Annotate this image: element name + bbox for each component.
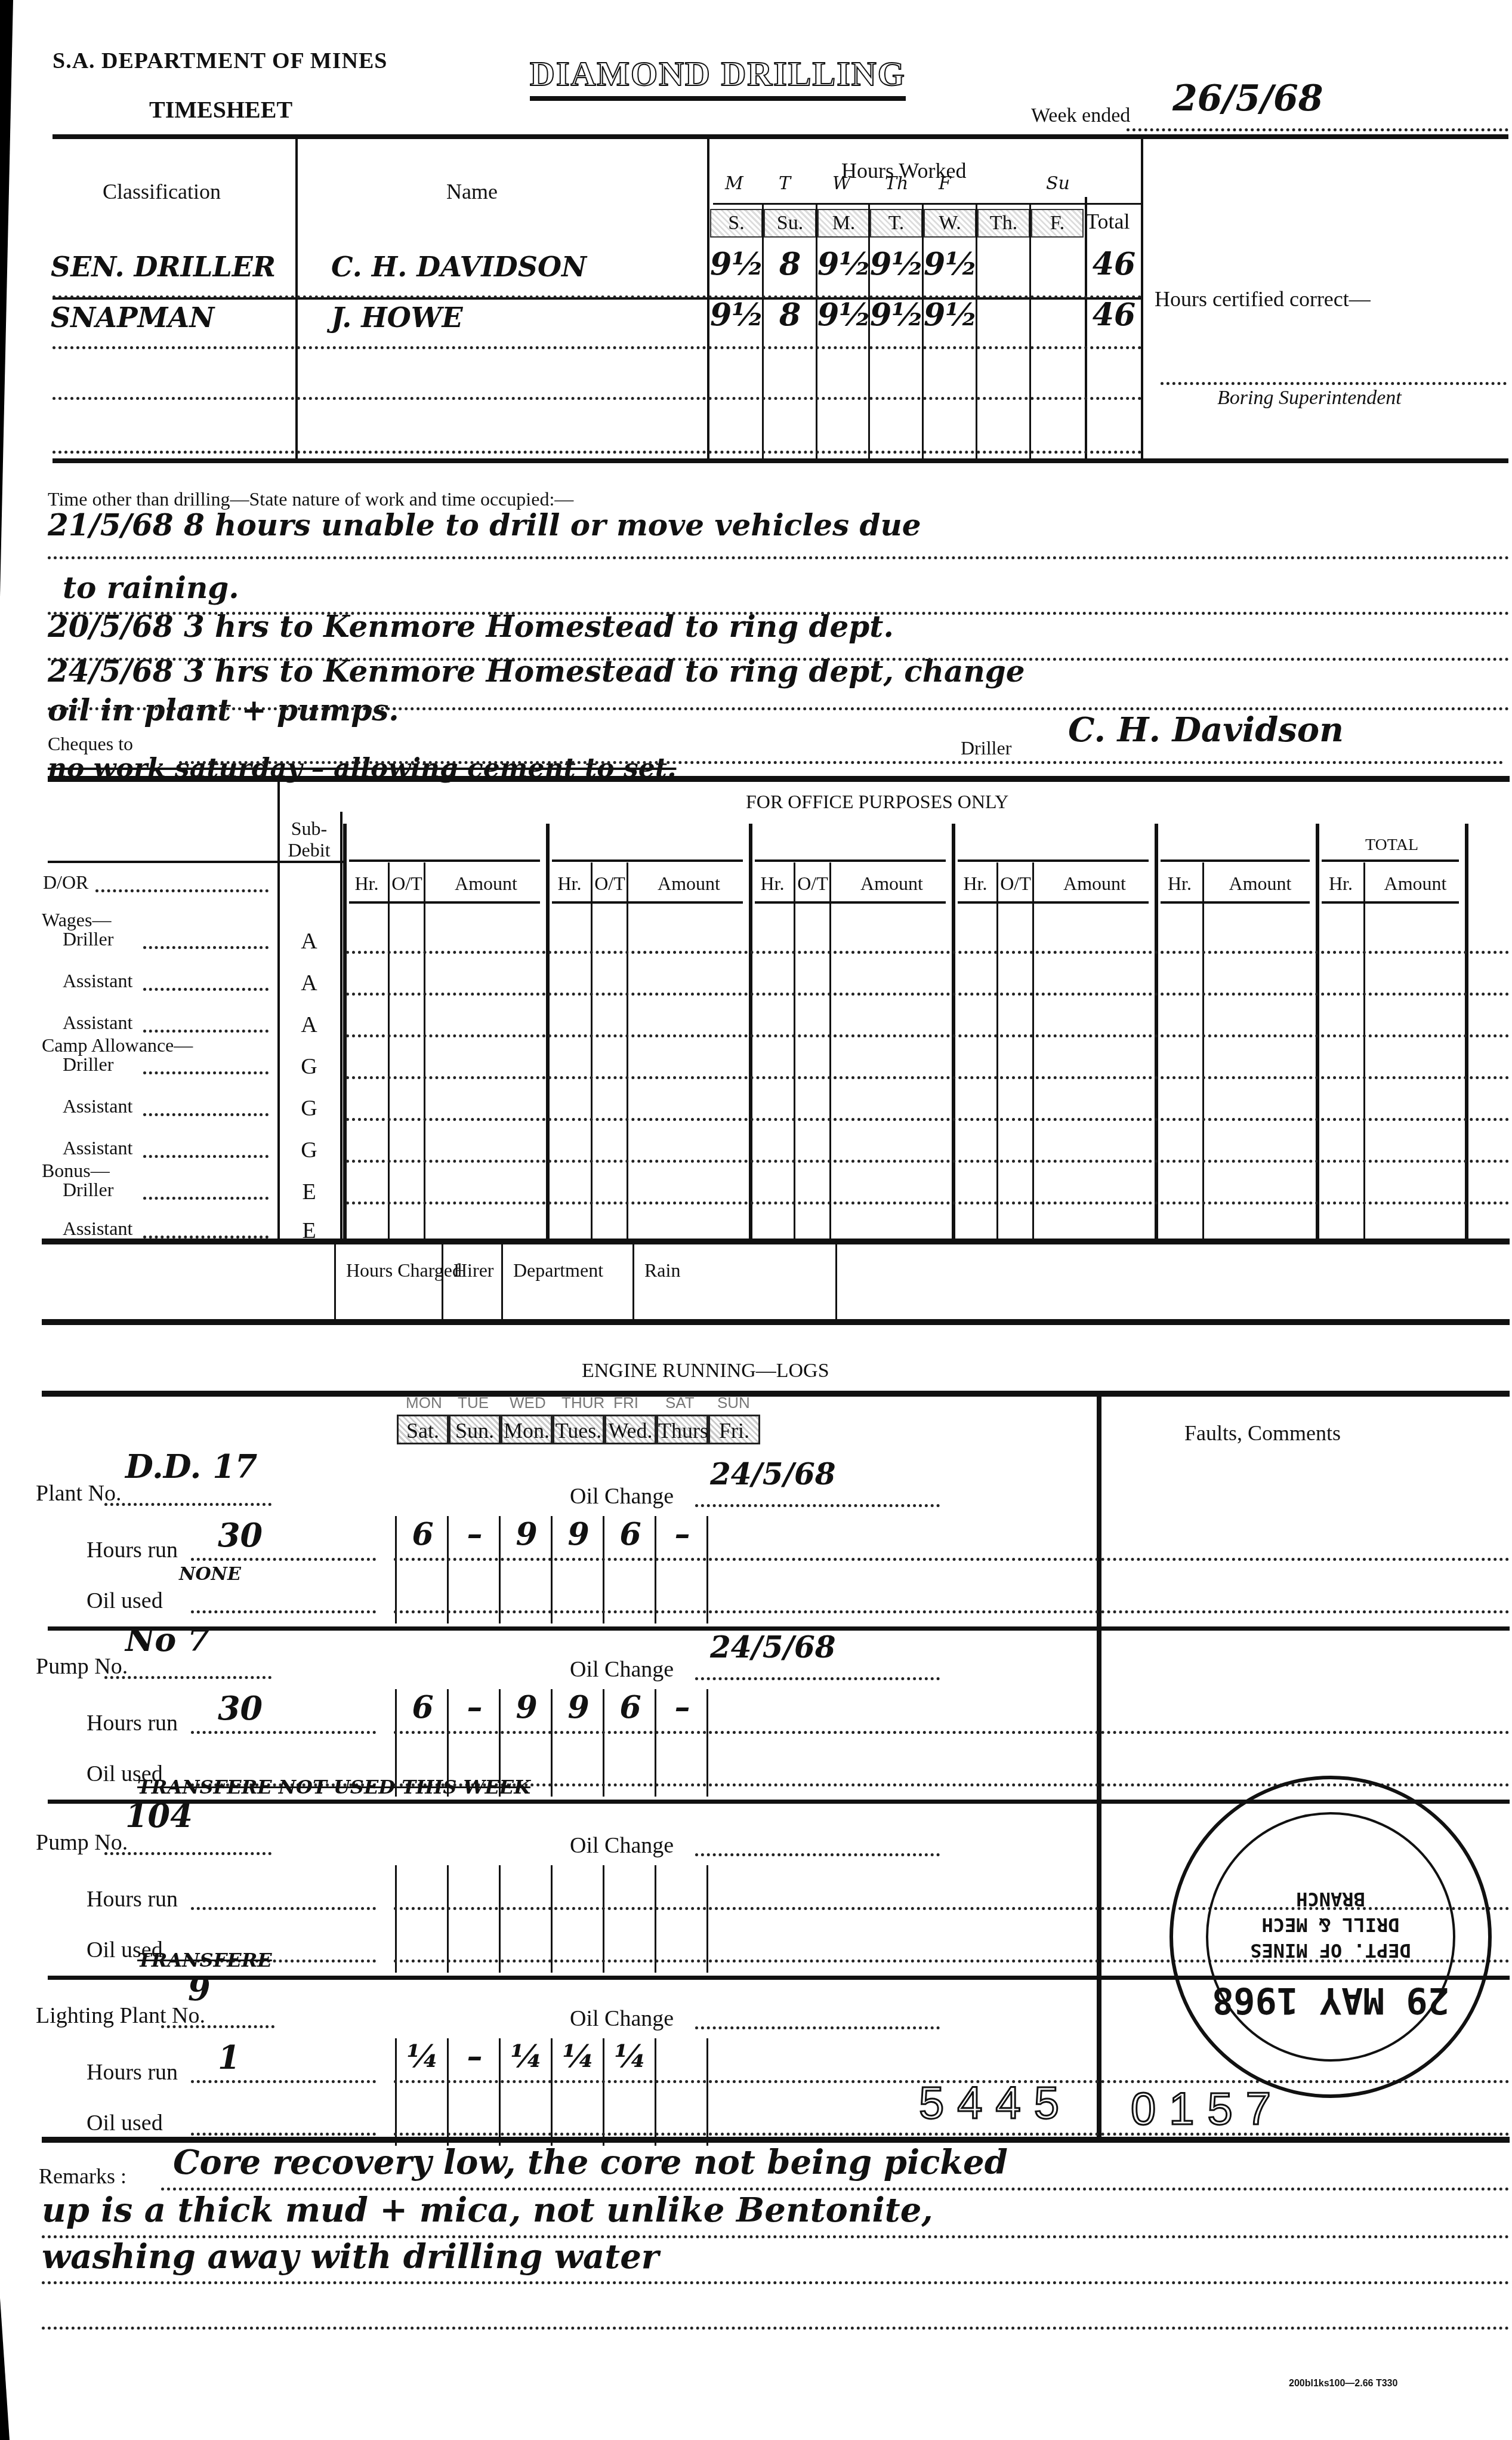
col-divider <box>591 862 593 1239</box>
leader-dots <box>143 1071 269 1074</box>
block-number: No 7 <box>125 1620 210 1659</box>
engine-hours-cell: – <box>449 1516 501 1552</box>
col-divider <box>706 1689 708 1797</box>
engine-hours-cell: 9 <box>553 1689 604 1726</box>
office-row-label: Assistant <box>63 970 132 992</box>
col-divider <box>334 1244 336 1319</box>
hours-cell: 9½ <box>710 246 763 282</box>
remarks-line: up is a thick mud + mica, not unlike Ben… <box>42 2191 933 2230</box>
leader-dots <box>191 1907 376 1910</box>
preprinted-day: MON <box>406 1394 442 1412</box>
group-header-rule <box>958 859 1149 862</box>
office-col-header: O/T <box>797 873 828 895</box>
subdebit-code: A <box>291 970 327 996</box>
col-divider <box>1032 862 1034 1239</box>
driller-label: Driller <box>961 737 1011 759</box>
office-col-header: O/T <box>1000 873 1031 895</box>
col-divider <box>706 1516 708 1623</box>
subdebit-code: E <box>291 1179 327 1205</box>
engine-day-3: Tues. <box>553 1415 604 1444</box>
day-header-4: W. <box>924 209 976 238</box>
row-divider <box>53 397 1142 400</box>
engine-hours-cell: ¼ <box>397 2038 449 2075</box>
hours-run-label: Hours run <box>87 2059 178 2085</box>
dor-label: D/OR <box>43 871 88 894</box>
col-divider <box>706 2038 708 2146</box>
engine-hours-cell: – <box>449 1689 501 1726</box>
col-divider <box>395 2038 397 2146</box>
leader-dots <box>191 2080 376 2083</box>
office-col-header: O/T <box>594 873 625 895</box>
col-divider <box>551 2038 553 2146</box>
oil-used-label: Oil used <box>87 2110 163 2136</box>
handwritten-day-letter: Su <box>1046 173 1070 194</box>
engine-hours-cell: 6 <box>604 1516 656 1552</box>
office-col-header: Amount <box>1206 873 1314 895</box>
fill-line <box>104 1676 271 1679</box>
day-header-3: T. <box>870 209 922 238</box>
col-divider <box>655 1689 656 1797</box>
fill-line <box>695 1504 940 1507</box>
office-row-label: Assistant <box>63 1218 132 1240</box>
row-rule <box>346 1034 1510 1037</box>
preprinted-day: FRI <box>613 1394 638 1412</box>
col-divider <box>655 1865 656 1973</box>
total-label: TOTAL <box>1365 836 1418 855</box>
col-divider <box>551 1516 553 1623</box>
col-classification: Classification <box>103 179 221 204</box>
fill-line <box>695 2026 940 2029</box>
office-col-header: Hr. <box>955 873 995 895</box>
col-divider <box>603 1865 604 1973</box>
col-total: Total <box>1086 209 1130 234</box>
row-divider <box>53 346 1142 349</box>
group-header-rule <box>1161 859 1310 862</box>
hours-total: 30 <box>218 1516 263 1554</box>
fill-line <box>104 1852 271 1855</box>
superintendent-label: Boring Superintendent <box>1217 387 1402 409</box>
office-col-header: Amount <box>833 873 951 895</box>
row-rule <box>394 1610 1510 1613</box>
row-rule <box>346 1160 1510 1163</box>
engine-hours-cell: 9 <box>501 1516 553 1552</box>
col-divider <box>447 2038 449 2146</box>
engine-hours-cell: – <box>449 2038 501 2075</box>
engine-day-2: Mon. <box>501 1415 553 1444</box>
hours-run-label: Hours run <box>87 1710 178 1736</box>
other-time-line: to raining. <box>63 570 239 605</box>
office-row-label: Driller <box>63 1053 113 1076</box>
group-divider <box>1465 824 1468 1239</box>
office-row-label: Assistant <box>63 1012 132 1034</box>
oil-used-label: Oil used <box>87 1588 163 1614</box>
charge-col-3: Rain <box>644 1259 680 1281</box>
group-subheader-rule <box>755 901 946 904</box>
line-rule <box>48 658 1510 661</box>
col-divider <box>655 2038 656 2146</box>
day-header-1: Su. <box>764 209 816 238</box>
hours-cell: 9½ <box>924 246 976 282</box>
block-note: TRANSFERE NOT USED THIS WEEK <box>137 1776 530 1798</box>
hours-run-label: Hours run <box>87 1537 178 1563</box>
col-divider <box>447 1865 449 1973</box>
handwritten-day-letter: F <box>939 173 951 194</box>
subdebit-code: G <box>291 1137 327 1163</box>
other-time-line: 21/5/68 8 hours unable to drill or move … <box>48 507 921 543</box>
col-divider <box>395 1516 397 1623</box>
scan-edge <box>0 2298 10 2440</box>
block-number: 104 <box>125 1797 193 1835</box>
leader-dots <box>143 988 269 991</box>
office-row-label: Driller <box>63 1179 113 1201</box>
form-type: TIMESHEET <box>149 95 292 124</box>
oil-change-label: Oil Change <box>570 1656 674 1683</box>
charge-col-1: Hirer <box>453 1259 494 1281</box>
engine-hours-cell: ¼ <box>501 2038 553 2075</box>
stamp-line3: BRANCH <box>1173 1888 1488 1911</box>
office-col-header: Amount <box>1036 873 1153 895</box>
day-header-2: M. <box>817 209 870 238</box>
office-col-header: Amount <box>427 873 545 895</box>
group-header-rule <box>349 859 540 862</box>
subdebit-code: A <box>291 928 327 954</box>
engine-hours-cell: – <box>656 1516 708 1552</box>
oil-change-label: Oil Change <box>570 1832 674 1859</box>
col-divider <box>447 1516 449 1623</box>
office-row-label: Driller <box>63 928 113 950</box>
col-divider <box>424 862 425 1239</box>
cheques-label: Cheques to <box>48 733 133 755</box>
leader-dots <box>191 1731 376 1734</box>
office-col-header: Hr. <box>550 873 590 895</box>
received-stamp: 29 MAY 1968 DEPT. OF MINES DRILL & MECH … <box>1170 1776 1492 2098</box>
engine-hours-cell: 6 <box>604 1689 656 1726</box>
group-subheader-rule <box>552 901 743 904</box>
handwritten-day-letter: T <box>779 173 791 194</box>
hours-cell: 9½ <box>710 297 763 333</box>
block-note: TRANSFERE <box>137 1949 272 1971</box>
office-col-header: Amount <box>1367 873 1464 895</box>
office-col-header: Hr. <box>1158 873 1201 895</box>
driller-signature: C. H. Davidson <box>1068 710 1344 750</box>
office-col-header: O/T <box>391 873 422 895</box>
row-rule <box>394 2133 1510 2136</box>
handwritten-day-letter: Th <box>885 173 908 194</box>
office-col-header: Hr. <box>1319 873 1362 895</box>
engine-hours-cell: 9 <box>501 1689 553 1726</box>
row-rule <box>346 1201 1510 1204</box>
col-divider <box>442 1244 443 1319</box>
office-row-label: Assistant <box>63 1137 132 1159</box>
oil-change-value: 24/5/68 <box>710 1629 835 1665</box>
scan-edge <box>0 0 13 597</box>
row-rule <box>346 993 1510 996</box>
line-rule <box>48 612 1510 615</box>
row-rule <box>394 1558 1510 1561</box>
row-rule <box>394 1731 1510 1734</box>
oil-change-label: Oil Change <box>570 1483 674 1509</box>
leader-dots <box>143 1155 269 1158</box>
col-divider <box>632 1244 634 1319</box>
engine-hours-cell: 9 <box>553 1516 604 1552</box>
col-divider <box>501 1244 503 1319</box>
subdebit-label: Sub-Debit <box>285 818 333 861</box>
subdebit-code: G <box>291 1053 327 1080</box>
handwritten-day-letter: M <box>725 173 743 194</box>
col-divider <box>551 1865 553 1973</box>
faults-label: Faults, Comments <box>1184 1421 1341 1446</box>
leader-dots <box>143 1113 269 1116</box>
row-rule <box>346 1118 1510 1121</box>
classification-cell: SNAPMAN <box>51 301 214 334</box>
counter-1: 5445 <box>919 2077 1072 2129</box>
engine-hours-cell: 6 <box>397 1689 449 1726</box>
preprinted-day: SAT <box>665 1394 695 1412</box>
fill-line <box>695 1853 940 1856</box>
col-divider <box>603 2038 604 2146</box>
col-divider <box>395 1865 397 1973</box>
name-cell: C. H. DAVIDSON <box>331 251 587 283</box>
leader-dots <box>191 2133 376 2136</box>
hours-total: 1 <box>218 2038 240 2077</box>
col-divider <box>627 862 628 1239</box>
office-col-header: Hr. <box>347 873 387 895</box>
engine-title: ENGINE RUNNING—LOGS <box>582 1360 829 1382</box>
group-header-rule <box>1322 859 1459 862</box>
group-header-rule <box>755 859 946 862</box>
stamp-line1: DEPT. OF MINES <box>1173 1939 1488 1962</box>
fill-line <box>695 1677 940 1680</box>
preprinted-day: TUE <box>458 1394 489 1412</box>
col-divider <box>603 1516 604 1623</box>
leader-dots <box>191 1610 376 1613</box>
engine-day-0: Sat. <box>397 1415 449 1444</box>
day-header-5: Th. <box>977 209 1030 238</box>
office-title: FOR OFFICE PURPOSES ONLY <box>746 791 1008 813</box>
col-divider <box>706 1865 708 1973</box>
form-code: 200bl1ks100—2.66 T330 <box>1289 2379 1397 2389</box>
col-divider <box>388 862 390 1239</box>
row-divider <box>53 451 1142 454</box>
oil-change-label: Oil Change <box>570 2005 674 2032</box>
hours-cell: 9½ <box>817 246 870 282</box>
classification-cell: SEN. DRILLER <box>51 251 276 283</box>
office-col-header: Amount <box>630 873 748 895</box>
col-divider <box>794 862 795 1239</box>
group-header-rule <box>552 859 743 862</box>
col-divider <box>1363 862 1365 1239</box>
charge-col-2: Department <box>513 1259 603 1281</box>
hours-total: 30 <box>218 1689 263 1727</box>
day-header-6: F. <box>1031 209 1084 238</box>
department-name: S.A. DEPARTMENT OF MINES <box>53 48 387 74</box>
block-number: D.D. 17 <box>125 1447 257 1486</box>
engine-hours-cell: ¼ <box>553 2038 604 2075</box>
hours-cell: 8 <box>764 297 816 333</box>
fill-line <box>104 1503 271 1506</box>
col-divider <box>829 862 831 1239</box>
stamp-line2: DRILL & MECH <box>1173 1914 1488 1936</box>
office-row-label: Assistant <box>63 1095 132 1117</box>
hours-run-label: Hours run <box>87 1886 178 1912</box>
engine-hours-cell: ¼ <box>604 2038 656 2075</box>
column-divider <box>1029 204 1031 460</box>
engine-hours-cell: – <box>656 1689 708 1726</box>
hours-cell: 9½ <box>817 297 870 333</box>
stamp-date: 29 MAY 1968 <box>1173 1979 1488 2021</box>
col-divider <box>835 1244 837 1319</box>
total-cell: 46 <box>1087 246 1141 282</box>
col-divider <box>1202 862 1204 1239</box>
engine-day-5: Thurs. <box>656 1415 708 1444</box>
preprinted-day: WED <box>510 1394 546 1412</box>
block-number: 9 <box>188 1970 211 2008</box>
leader-dots <box>143 946 269 949</box>
col-divider <box>499 1865 501 1973</box>
day-header-0: S. <box>710 209 763 238</box>
hours-cell: 8 <box>764 246 816 282</box>
week-ended-label: Week ended <box>1031 104 1130 127</box>
group-subheader-rule <box>1161 901 1310 904</box>
oil-used-value: NONE <box>179 1564 241 1585</box>
leader-dots <box>143 1030 269 1033</box>
handwritten-day-letter: W <box>832 173 851 194</box>
leader-dots <box>191 1558 376 1561</box>
col-name: Name <box>446 179 498 204</box>
group-subheader-rule <box>958 901 1149 904</box>
col-divider <box>499 1516 501 1623</box>
hours-cell: 9½ <box>924 297 976 333</box>
charge-col-0: Hours Charged <box>346 1259 462 1281</box>
leader-dots <box>143 1197 269 1200</box>
page-title: DIAMOND DRILLING <box>530 54 906 101</box>
hours-certified-label: Hours certified correct— <box>1155 286 1371 312</box>
col-divider <box>499 2038 501 2146</box>
line-rule <box>48 556 1510 559</box>
engine-hours-cell: 6 <box>397 1516 449 1552</box>
week-ended-value: 26/5/68 <box>1172 78 1323 119</box>
remarks-label: Remarks : <box>39 2164 126 2189</box>
fill-line <box>161 2025 274 2028</box>
engine-day-1: Sun. <box>449 1415 501 1444</box>
remarks-line: Core recovery low, the core not being pi… <box>173 2143 1008 2182</box>
name-cell: J. HOWE <box>331 301 462 334</box>
preprinted-day: SUN <box>717 1394 750 1412</box>
row-divider <box>53 295 1142 298</box>
hours-cell: 9½ <box>870 246 922 282</box>
col-divider <box>603 1689 604 1797</box>
office-col-header: Hr. <box>752 873 792 895</box>
group-subheader-rule <box>349 901 540 904</box>
col-divider <box>655 1516 656 1623</box>
engine-day-4: Wed. <box>604 1415 656 1444</box>
remarks-line: washing away with drilling water <box>42 2237 659 2276</box>
counter-2: 0157 <box>1131 2083 1284 2135</box>
preprinted-day: THUR <box>561 1394 604 1412</box>
row-rule <box>346 951 1510 954</box>
col-divider <box>551 1689 553 1797</box>
engine-day-6: Fri. <box>708 1415 760 1444</box>
hours-cell: 9½ <box>870 297 922 333</box>
subdebit-code: A <box>291 1012 327 1038</box>
col-divider <box>996 862 998 1239</box>
group-subheader-rule <box>1322 901 1459 904</box>
oil-change-value: 24/5/68 <box>710 1456 835 1492</box>
total-cell: 46 <box>1087 297 1141 333</box>
subdebit-code: G <box>291 1095 327 1122</box>
row-rule <box>346 1076 1510 1079</box>
